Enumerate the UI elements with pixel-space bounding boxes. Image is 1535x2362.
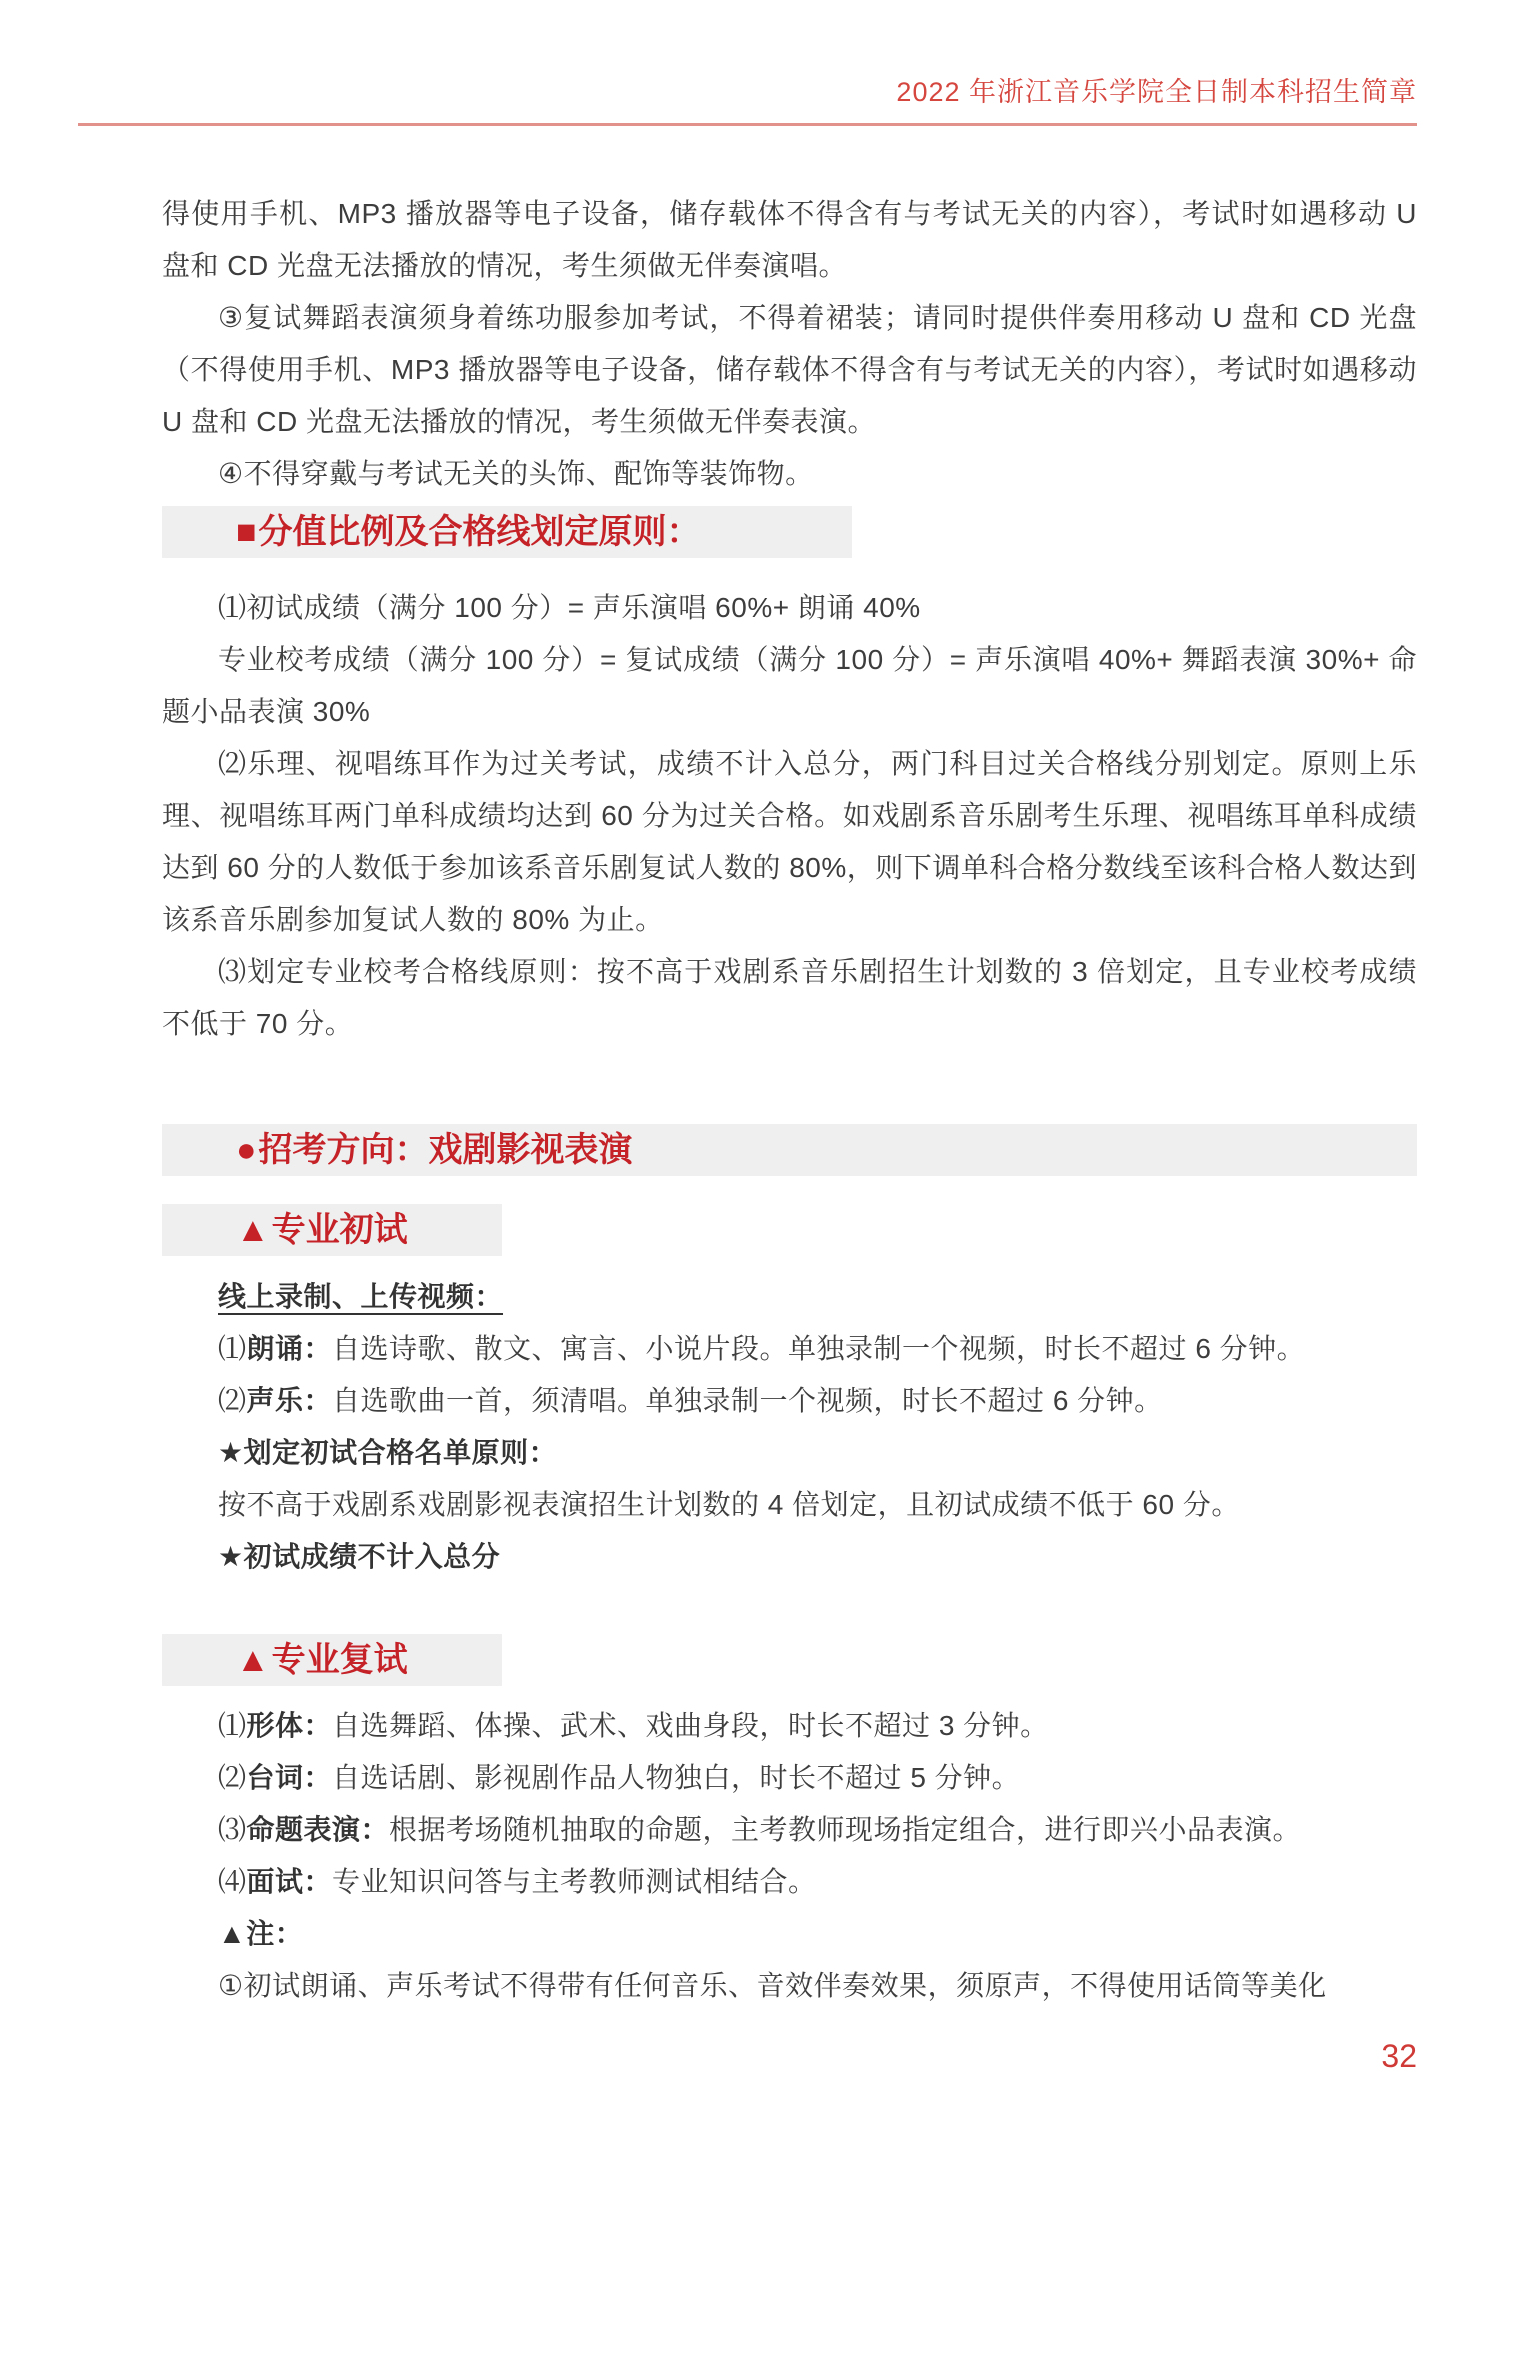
section-heading-label: 专业复试 <box>272 1641 408 1679</box>
header-title: 2022 年浙江音乐学院全日制本科招生简章 <box>896 77 1417 107</box>
paragraph: ⑴初试成绩（满分 100 分）= 声乐演唱 60%+ 朗诵 40% <box>162 582 1417 634</box>
section-heading-label: 专业初试 <box>272 1211 408 1249</box>
paragraph-text: ④不得穿戴与考试无关的头饰、配饰等装饰物。 <box>218 458 814 489</box>
paragraph-text: 自选歌曲一首，须清唱。单独录制一个视频，时长不超过 6 分钟。 <box>332 1385 1163 1416</box>
square-bullet-icon: ■ <box>236 513 257 551</box>
paragraph: ⑶划定专业校考合格线原则：按不高于戏剧系音乐剧招生计划数的 3 倍划定，且专业校… <box>162 946 1417 1050</box>
paragraph-text: ⑵乐理、视唱练耳作为过关考试，成绩不计入总分，两门科目过关合格线分别划定。原则上… <box>162 748 1417 935</box>
paragraph-text: ⑴初试成绩（满分 100 分）= 声乐演唱 60%+ 朗诵 40% <box>218 592 921 623</box>
paragraph: ④不得穿戴与考试无关的头饰、配饰等装饰物。 <box>162 448 1417 500</box>
paragraph: ⑷面试：专业知识问答与主考教师测试相结合。 <box>162 1856 1417 1908</box>
paragraph-text: ⑶ <box>218 1814 247 1845</box>
paragraph-text: 自选诗歌、散文、寓言、小说片段。单独录制一个视频，时长不超过 6 分钟。 <box>332 1333 1305 1364</box>
circle-bullet-icon: ● <box>236 1131 257 1169</box>
paragraph: ⑵乐理、视唱练耳作为过关考试，成绩不计入总分，两门科目过关合格线分别划定。原则上… <box>162 738 1417 946</box>
section-heading: ▲专业复试 <box>162 1634 502 1686</box>
paragraph-text: 专业校考成绩（满分 100 分）= 复试成绩（满分 100 分）= 声乐演唱 4… <box>162 644 1417 727</box>
paragraph: ⑴朗诵：自选诗歌、散文、寓言、小说片段。单独录制一个视频，时长不超过 6 分钟。 <box>162 1323 1417 1375</box>
document-body: 得使用手机、MP3 播放器等电子设备，储存载体不得含有与考试无关的内容），考试时… <box>162 188 1417 2012</box>
paragraph-text: 形体： <box>247 1710 333 1741</box>
paragraph-text: ①初试朗诵、声乐考试不得带有任何音乐、音效伴奏效果，须原声，不得使用话筒等美化 <box>218 1970 1327 2001</box>
paragraph: ⑵声乐：自选歌曲一首，须清唱。单独录制一个视频，时长不超过 6 分钟。 <box>162 1375 1417 1427</box>
section-heading: ▲专业初试 <box>162 1204 502 1256</box>
paragraph-text: 自选话剧、影视剧作品人物独白，时长不超过 5 分钟。 <box>332 1762 1020 1793</box>
paragraph: 得使用手机、MP3 播放器等电子设备，储存载体不得含有与考试无关的内容），考试时… <box>162 188 1417 292</box>
page-number: 32 <box>1381 2038 1417 2074</box>
paragraph-text: ⑵ <box>218 1762 247 1793</box>
paragraph-text: 得使用手机、MP3 播放器等电子设备，储存载体不得含有与考试无关的内容），考试时… <box>162 198 1417 281</box>
paragraph-text: ▲注： <box>218 1918 303 1949</box>
paragraph: ★初试成绩不计入总分 <box>162 1531 1417 1583</box>
paragraph: 按不高于戏剧系戏剧影视表演招生计划数的 4 倍划定，且初试成绩不低于 60 分。 <box>162 1479 1417 1531</box>
paragraph: ⑵台词：自选话剧、影视剧作品人物独白，时长不超过 5 分钟。 <box>162 1752 1417 1804</box>
paragraph: ⑴形体：自选舞蹈、体操、武术、戏曲身段，时长不超过 3 分钟。 <box>162 1700 1417 1752</box>
paragraph-text: 自选舞蹈、体操、武术、戏曲身段，时长不超过 3 分钟。 <box>332 1710 1049 1741</box>
triangle-bullet-icon: ▲ <box>236 1211 270 1249</box>
paragraph-text: 朗诵： <box>247 1333 333 1364</box>
paragraph-text: ⑶划定专业校考合格线原则：按不高于戏剧系音乐剧招生计划数的 3 倍划定，且专业校… <box>162 956 1417 1039</box>
paragraph-text: 根据考场随机抽取的命题，主考教师现场指定组合，进行即兴小品表演。 <box>389 1814 1301 1845</box>
section-heading: ●招考方向：戏剧影视表演 <box>162 1124 1417 1176</box>
paragraph-text: ★划定初试合格名单原则： <box>218 1437 557 1468</box>
paragraph-text: ⑴ <box>218 1333 247 1364</box>
page-header: 2022 年浙江音乐学院全日制本科招生简章 <box>78 0 1417 126</box>
paragraph-text: 专业知识问答与主考教师测试相结合。 <box>332 1866 817 1897</box>
paragraph-text: 声乐： <box>247 1385 333 1416</box>
section-heading-label: 招考方向：戏剧影视表演 <box>259 1131 633 1169</box>
paragraph: ①初试朗诵、声乐考试不得带有任何音乐、音效伴奏效果，须原声，不得使用话筒等美化 <box>162 1960 1417 2012</box>
paragraph-text: 线上录制、上传视频： <box>218 1281 503 1312</box>
page-footer: 32 <box>162 2040 1417 2072</box>
triangle-bullet-icon: ▲ <box>236 1641 270 1679</box>
paragraph-text: ★初试成绩不计入总分 <box>218 1541 500 1572</box>
document-page: 2022 年浙江音乐学院全日制本科招生简章 得使用手机、MP3 播放器等电子设备… <box>0 0 1535 2362</box>
paragraph: ★划定初试合格名单原则： <box>162 1427 1417 1479</box>
paragraph-text: ⑷ <box>218 1866 247 1897</box>
section-heading: ■分值比例及合格线划定原则： <box>162 506 852 558</box>
paragraph: ⑶命题表演：根据考场随机抽取的命题，主考教师现场指定组合，进行即兴小品表演。 <box>162 1804 1417 1856</box>
paragraph-text: 面试： <box>247 1866 333 1897</box>
section-heading-label: 分值比例及合格线划定原则： <box>259 513 701 551</box>
paragraph: 线上录制、上传视频： <box>162 1271 1417 1323</box>
paragraph-text: 命题表演： <box>247 1814 390 1845</box>
paragraph: ▲注： <box>162 1908 1417 1960</box>
paragraph: ③复试舞蹈表演须身着练功服参加考试，不得着裙装；请同时提供伴奏用移动 U 盘和 … <box>162 292 1417 448</box>
paragraph-text: 按不高于戏剧系戏剧影视表演招生计划数的 4 倍划定，且初试成绩不低于 60 分。 <box>218 1489 1240 1520</box>
paragraph-text: ⑵ <box>218 1385 247 1416</box>
paragraph-text: 台词： <box>247 1762 333 1793</box>
paragraph-text: ③复试舞蹈表演须身着练功服参加考试，不得着裙装；请同时提供伴奏用移动 U 盘和 … <box>162 302 1417 437</box>
paragraph-text: ⑴ <box>218 1710 247 1741</box>
paragraph: 专业校考成绩（满分 100 分）= 复试成绩（满分 100 分）= 声乐演唱 4… <box>162 634 1417 738</box>
